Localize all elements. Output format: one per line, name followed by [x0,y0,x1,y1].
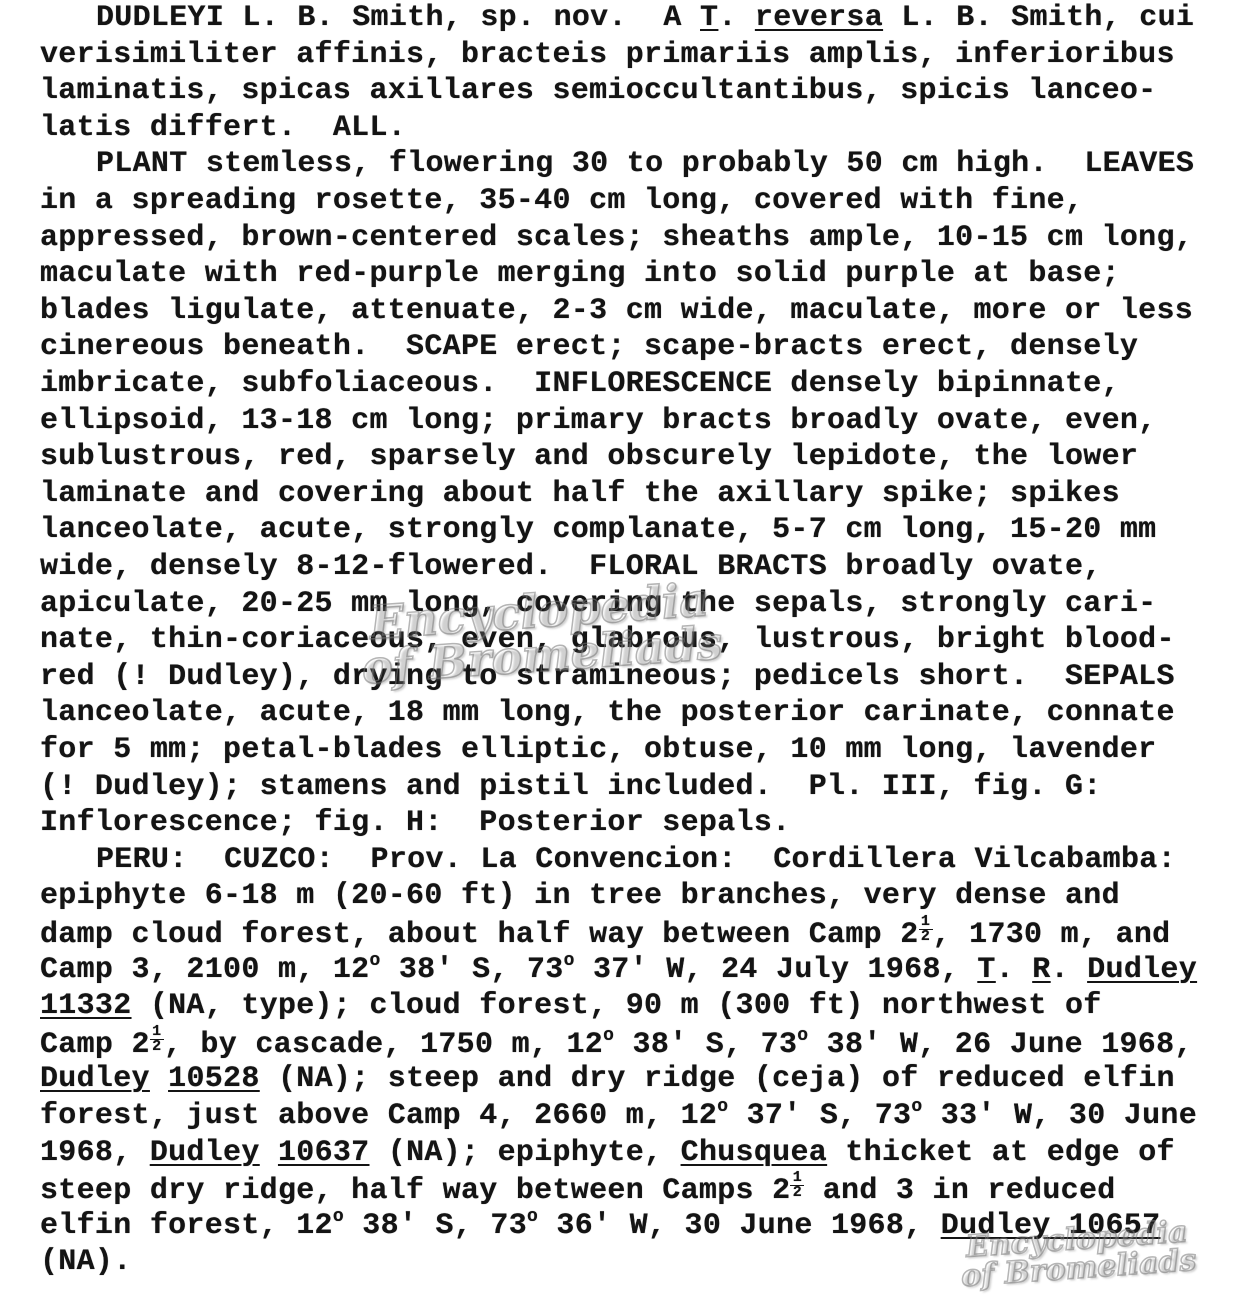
text-run: 36' W, 30 June 1968, [538,1209,941,1243]
text-run: . [718,1,755,35]
text-run: (NA); steep and dry ridge (ceja) of redu… [260,1062,1175,1096]
text-line: apiculate, 20-25 mm long, covering the s… [40,586,1156,622]
text-run: . [1051,953,1088,987]
text-line: laminate and covering about half the axi… [40,476,1120,512]
text-line: (! Dudley); stamens and pistil included.… [40,769,1102,805]
text-line: laminatis, spicas axillares semioccultan… [40,73,1156,109]
text-run: in a spreading rosette, 35-40 cm long, c… [40,184,1083,218]
degree-symbol: o [333,1207,344,1227]
text-run: ellipsoid, 13-18 cm long; primary bracts… [40,404,1156,438]
text-line: 11332 (NA, type); cloud forest, 90 m (30… [40,988,1102,1024]
text-line: elfin forest, 12o 38' S, 73o 36' W, 30 J… [40,1208,1160,1244]
degree-symbol: o [717,1097,728,1117]
degree-symbol: o [797,1026,808,1046]
text-line: latis differt. ALL. [40,110,406,146]
degree-symbol: o [603,1026,614,1046]
text-line: forest, just above Camp 4, 2660 m, 12o 3… [40,1098,1197,1134]
text-line: blades ligulate, attenuate, 2-3 cm wide,… [40,293,1193,329]
text-run: nate, thin-coriaceous, even, glabrous, l… [40,623,1175,657]
text-line: verisimiliter affinis, bracteis primarii… [40,37,1175,73]
text-run: 1968, [40,1136,150,1170]
text-line: lanceolate, acute, 18 mm long, the poste… [40,695,1175,731]
text-run: lanceolate, acute, 18 mm long, the poste… [40,696,1175,730]
text-run: appressed, brown-centered scales; sheath… [40,221,1193,255]
text-run: (! Dudley); stamens and pistil included.… [40,770,1102,804]
text-run: 38' W, 26 June 1968, [808,1028,1192,1062]
text-line: for 5 mm; petal-blades elliptic, obtuse,… [40,732,1156,768]
text-run: 33' W, 30 June [922,1099,1197,1133]
text-run: 38' S, 73 [614,1028,797,1062]
text-run [150,1062,168,1096]
text-line: Camp 212, by cascade, 1750 m, 12o 38' S,… [40,1025,1193,1063]
text-run: verisimiliter affinis, bracteis primarii… [40,38,1175,72]
text-line: lanceolate, acute, strongly complanate, … [40,512,1156,548]
underlined-text: Dudley [150,1136,260,1170]
text-run: lanceolate, acute, strongly complanate, … [40,513,1156,547]
text-run: epiphyte 6-18 m (20-60 ft) in tree branc… [40,879,1120,913]
text-run: 37' S, 73 [728,1099,911,1133]
text-run: Camp 3, 2100 m, 12 [40,953,369,987]
text-run: red (! Dudley), drying to stramineous; p… [40,660,1175,694]
text-run: , 1730 m, and [933,918,1171,952]
text-run: PERU: CUZCO: Prov. La Convencion: Cordil… [96,843,1176,877]
degree-symbol: o [911,1097,922,1117]
text-run: blades ligulate, attenuate, 2-3 cm wide,… [40,294,1193,328]
text-run: laminate and covering about half the axi… [40,477,1120,511]
text-line: damp cloud forest, about half way betwee… [40,915,1171,953]
text-run: L. B. Smith, cui [883,1,1194,35]
underlined-text: Dudley [1087,953,1197,987]
text-line: in a spreading rosette, 35-40 cm long, c… [40,183,1083,219]
text-line: nate, thin-coriaceous, even, glabrous, l… [40,622,1175,658]
text-line: epiphyte 6-18 m (20-60 ft) in tree branc… [40,878,1120,914]
text-run: Camp 2 [40,1028,150,1062]
text-run: forest, just above Camp 4, 2660 m, 12 [40,1099,717,1133]
text-run: 37' W, 24 July 1968, [575,953,978,987]
text-run: , by cascade, 1750 m, 12 [164,1028,603,1062]
text-line: maculate with red-purple merging into so… [40,256,1120,292]
text-run: sublustrous, red, sparsely and obscurely… [40,440,1138,474]
text-line: 1968, Dudley 10637 (NA); epiphyte, Chusq… [40,1135,1175,1171]
text-run: . [996,953,1033,987]
text-run: imbricate, subfoliaceous. INFLORESCENCE … [40,367,1120,401]
underlined-text: T [700,1,718,35]
text-line: red (! Dudley), drying to stramineous; p… [40,659,1175,695]
text-run: damp cloud forest, about half way betwee… [40,918,919,952]
text-line: PLANT stemless, flowering 30 to probably… [40,146,1194,182]
text-run: PLANT stemless, flowering 30 to probably… [96,147,1194,181]
text-run: latis differt. ALL. [40,111,406,145]
underlined-text: 10637 [278,1136,370,1170]
text-line: Camp 3, 2100 m, 12o 38' S, 73o 37' W, 24… [40,952,1197,988]
text-line: appressed, brown-centered scales; sheath… [40,220,1193,256]
underlined-text: R [1032,953,1050,987]
underlined-text: 10528 [168,1062,260,1096]
text-run: DUDLEYI L. B. Smith, sp. nov. A [96,1,700,35]
text-line: wide, densely 8-12-flowered. FLORAL BRAC… [40,549,1102,585]
text-run: for 5 mm; petal-blades elliptic, obtuse,… [40,733,1156,767]
text-run: elfin forest, 12 [40,1209,333,1243]
text-line: PERU: CUZCO: Prov. La Convencion: Cordil… [40,842,1176,878]
text-line: Inflorescence; fig. H: Posterior sepals. [40,805,790,841]
text-run: thicket at edge of [827,1136,1175,1170]
text-run: steep dry ridge, half way between Camps … [40,1174,790,1208]
text-run: (NA); epiphyte, [369,1136,680,1170]
text-line: sublustrous, red, sparsely and obscurely… [40,439,1138,475]
text-run: and 3 in reduced [804,1174,1115,1208]
text-line: cinereous beneath. SCAPE erect; scape-br… [40,329,1138,365]
text-run: apiculate, 20-25 mm long, covering the s… [40,587,1156,621]
text-run: cinereous beneath. SCAPE erect; scape-br… [40,330,1138,364]
text-run: Inflorescence; fig. H: Posterior sepals. [40,806,790,840]
text-line: (NA). [40,1244,132,1280]
degree-symbol: o [564,951,575,971]
underlined-text: reversa [755,1,883,35]
underlined-text: Chusquea [681,1136,827,1170]
text-line: Dudley 10528 (NA); steep and dry ridge (… [40,1061,1175,1097]
underlined-text: Dudley [40,1062,150,1096]
text-run [260,1136,278,1170]
text-line: ellipsoid, 13-18 cm long; primary bracts… [40,403,1156,439]
text-run: 38' S, 73 [344,1209,527,1243]
degree-symbol: o [527,1207,538,1227]
fraction-one-half: 12 [150,1025,164,1054]
text-run: maculate with red-purple merging into so… [40,257,1120,291]
fraction-one-half: 12 [919,915,933,944]
text-run: wide, densely 8-12-flowered. FLORAL BRAC… [40,550,1102,584]
text-run: laminatis, spicas axillares semioccultan… [40,74,1156,108]
text-run: (NA, type); cloud forest, 90 m (300 ft) … [132,989,1102,1023]
text-run: 38' S, 73 [381,953,564,987]
text-line: steep dry ridge, half way between Camps … [40,1171,1116,1209]
underlined-text: 11332 [40,989,132,1023]
text-run: (NA). [40,1245,132,1279]
degree-symbol: o [369,951,380,971]
underlined-text: Dudley 10657 [941,1209,1161,1243]
text-line: DUDLEYI L. B. Smith, sp. nov. A T. rever… [40,0,1194,36]
text-line: imbricate, subfoliaceous. INFLORESCENCE … [40,366,1120,402]
fraction-one-half: 12 [790,1171,804,1200]
underlined-text: T [977,953,995,987]
